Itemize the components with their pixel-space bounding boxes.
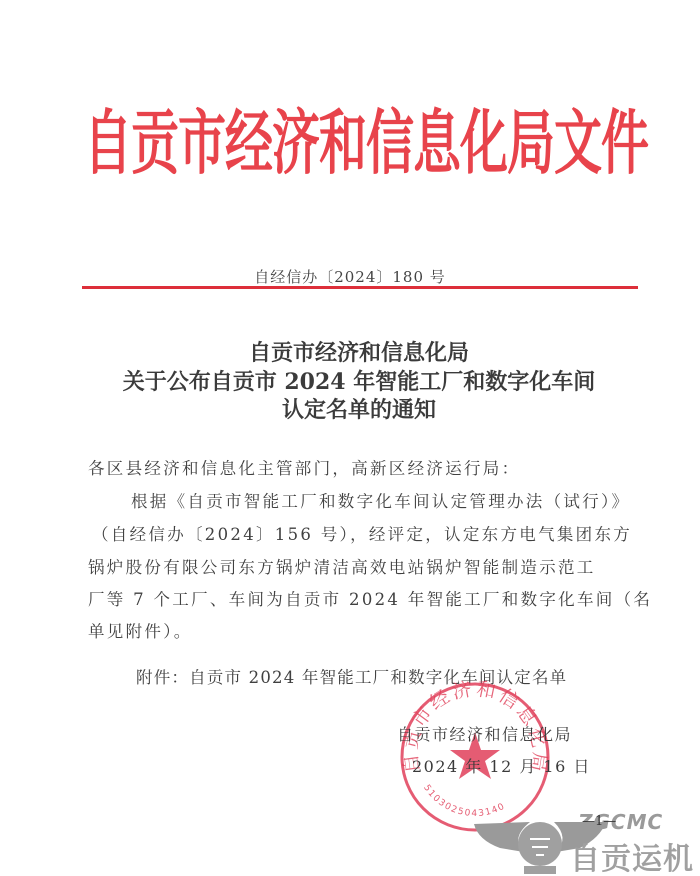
red-divider-line: [82, 286, 638, 289]
paragraph-line: （自经信办〔2024〕156 号），经评定，认定东方电气集团东方: [92, 525, 632, 545]
paragraph-line: 厂等 7 个工厂、车间为自贡市 2024 年智能工厂和数字化车间（名: [88, 590, 652, 610]
watermark-logo: ZGCMC 自贡运机 —1—: [470, 808, 700, 876]
salutation: 各区县经济和信息化主管部门，高新区经济运行局：: [88, 459, 520, 479]
issue-date: 2024 年 12 月 16 日: [412, 754, 591, 777]
issuer-name: 自贡市经济和信息化局: [397, 722, 572, 745]
paragraph-line: 单见附件）。: [88, 622, 193, 642]
org-header-title: 自贡市经济和信息化局文件: [84, 69, 636, 220]
paragraph-line: 根据《自贡市智能工厂和数字化车间认定管理办法（试行）》: [131, 492, 630, 512]
paragraph-line: 锅炉股份有限公司东方锅炉清洁高效电站锅炉智能制造示范工: [88, 558, 596, 578]
brand-cn: 自贡运机: [570, 834, 694, 876]
document-number: 自经信办〔2024〕180 号: [0, 266, 700, 287]
notice-title-line-3: 认定名单的通知: [0, 396, 700, 425]
page-number: —1—: [582, 814, 616, 829]
notice-title-line-1: 自贡市经济和信息化局: [0, 339, 700, 368]
notice-title-line-2: 关于公布自贡市 2024 年智能工厂和数字化车间: [0, 368, 700, 397]
